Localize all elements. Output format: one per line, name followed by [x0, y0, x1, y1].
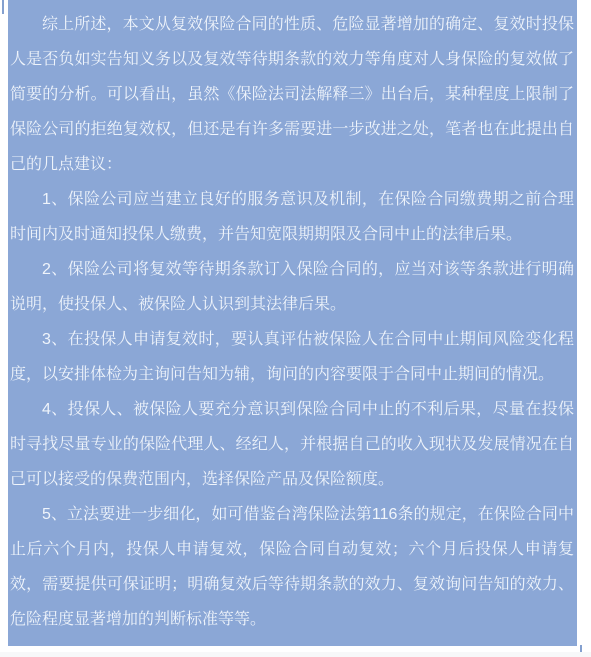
document-page: 综上所述，本文从复效保险合同的性质、危险显著增加的确定、复效时投保人是否负如实告… [0, 0, 591, 657]
selected-text-block[interactable]: 综上所述，本文从复效保险合同的性质、危险显著增加的确定、复效时投保人是否负如实告… [8, 0, 577, 646]
page-bottom-edge [0, 652, 591, 657]
paragraph-conclusion-summary[interactable]: 综上所述，本文从复效保险合同的性质、危险显著增加的确定、复效时投保人是否负如实告… [10, 7, 574, 182]
paragraph-suggestion-5[interactable]: 5、立法要进一步细化，如可借鉴台湾保险法第116条的规定，在保险合同中止后六个月… [10, 497, 574, 637]
paragraph-suggestion-1[interactable]: 1、保险公司应当建立良好的服务意识及机制，在保险合同缴费期之前合理时间内及时通知… [10, 182, 574, 252]
paragraph-suggestion-4[interactable]: 4、投保人、被保险人要充分意识到保险合同中止的不利后果，尽量在投保时寻找尽量专业… [10, 392, 574, 497]
text-boundary-mark-top-left [2, 0, 4, 14]
paragraph-suggestion-2[interactable]: 2、保险公司将复效等待期条款订入保险合同的，应当对该等条款进行明确说明，使投保人… [10, 252, 574, 322]
paragraph-suggestion-3[interactable]: 3、在投保人申请复效时，要认真评估被保险人在合同中止期间风险变化程度，以安排体检… [10, 322, 574, 392]
